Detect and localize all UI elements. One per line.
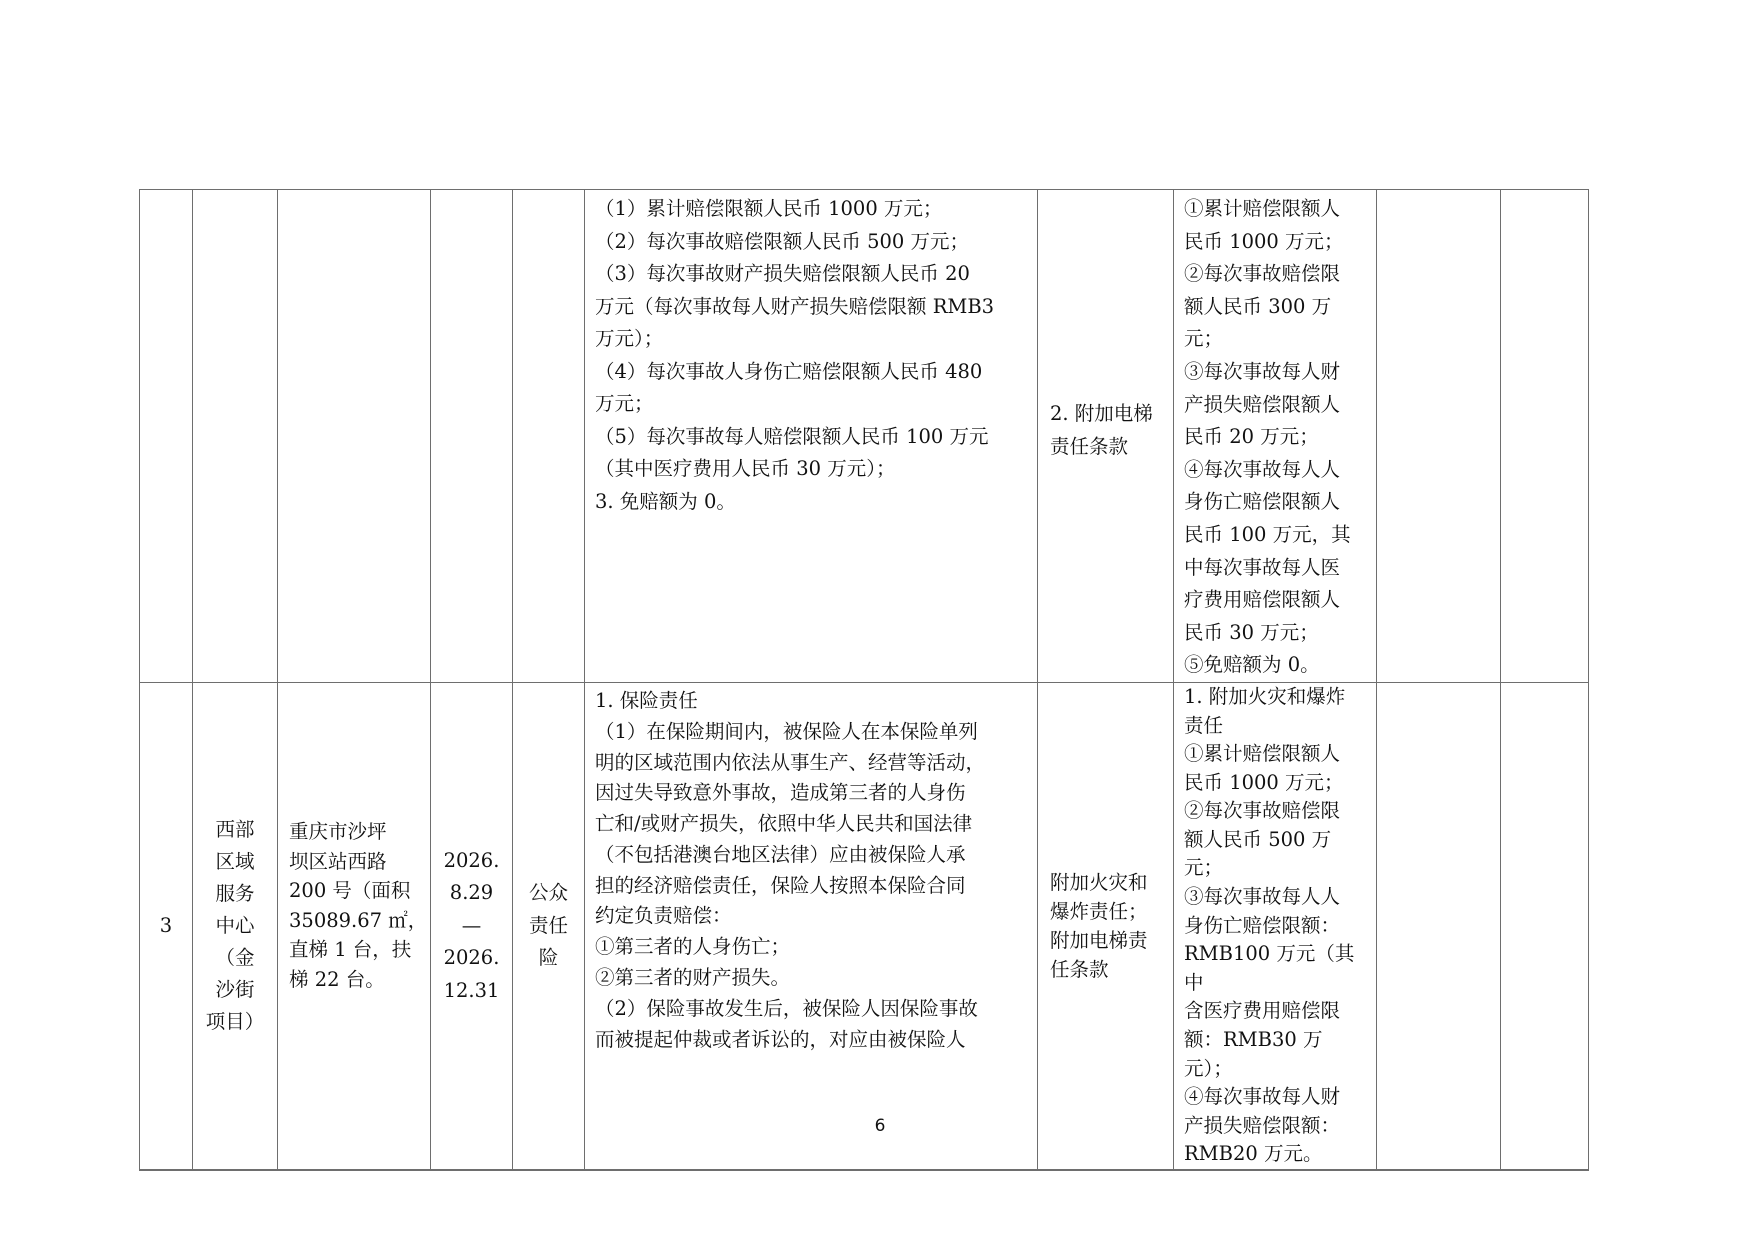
page-number: 6: [868, 1116, 892, 1136]
coverage-text: （1）累计赔偿限额人民币 1000 万元； （2）每次事故赔偿限额人民币 500…: [585, 190, 1037, 518]
project-address: 重庆市沙坪 坝区站西路 200 号（面积 35089.67 ㎡， 直梯 1 台，…: [278, 817, 430, 994]
cell-period: [431, 190, 513, 683]
cell-project: [193, 190, 278, 683]
cell-col11: [1501, 682, 1589, 1170]
cell-additional-limits: ①累计赔偿限额人 民币 1000 万元； ②每次事故赔偿限 额人民币 300 万…: [1174, 190, 1377, 683]
coverage-text: 1. 保险责任 （1）在保险期间内，被保险人在本保险单列 明的区域范围内依法从事…: [585, 683, 1037, 1056]
additional-clause: 附加火灾和 爆炸责任； 附加电梯责 任条款: [1038, 868, 1173, 984]
project-name: 西部 区域 服务 中心 （金 沙街 项目）: [193, 814, 277, 1038]
cell-coverage: （1）累计赔偿限额人民币 1000 万元； （2）每次事故赔偿限额人民币 500…: [585, 190, 1038, 683]
cell-address: [278, 190, 431, 683]
cell-no: 3: [140, 682, 193, 1170]
additional-limits: ①累计赔偿限额人 民币 1000 万元； ②每次事故赔偿限 额人民币 300 万…: [1174, 190, 1376, 682]
additional-limits: 1. 附加火灾和爆炸 责任 ①累计赔偿限额人 民币 1000 万元； ②每次事故…: [1174, 683, 1376, 1169]
cell-no: [140, 190, 193, 683]
cell-coverage: 1. 保险责任 （1）在保险期间内，被保险人在本保险单列 明的区域范围内依法从事…: [585, 682, 1038, 1170]
cell-type: 公众 责任 险: [513, 682, 585, 1170]
cell-project: 西部 区域 服务 中心 （金 沙街 项目）: [193, 682, 278, 1170]
row-number: 3: [140, 910, 192, 943]
cell-additional-limits: 1. 附加火灾和爆炸 责任 ①累计赔偿限额人 民币 1000 万元； ②每次事故…: [1174, 682, 1377, 1170]
insurance-table: （1）累计赔偿限额人民币 1000 万元； （2）每次事故赔偿限额人民币 500…: [139, 189, 1589, 1171]
cell-col10: [1377, 190, 1501, 683]
additional-clause: 2. 附加电梯 责任条款: [1038, 398, 1161, 463]
document-page: （1）累计赔偿限额人民币 1000 万元； （2）每次事故赔偿限额人民币 500…: [0, 0, 1754, 1241]
cell-period: 2026. 8.29 — 2026. 12.31: [431, 682, 513, 1170]
insurance-period: 2026. 8.29 — 2026. 12.31: [431, 845, 512, 1008]
cell-col11: [1501, 190, 1589, 683]
cell-type: [513, 190, 585, 683]
cell-additional: 2. 附加电梯 责任条款: [1038, 190, 1174, 683]
insurance-type: 公众 责任 险: [513, 877, 584, 975]
cell-address: 重庆市沙坪 坝区站西路 200 号（面积 35089.67 ㎡， 直梯 1 台，…: [278, 682, 431, 1170]
cell-col10: [1377, 682, 1501, 1170]
cell-additional: 附加火灾和 爆炸责任； 附加电梯责 任条款: [1038, 682, 1174, 1170]
table-row: 3 西部 区域 服务 中心 （金 沙街 项目） 重庆市沙坪 坝区站西路 200 …: [140, 682, 1589, 1170]
table-row: （1）累计赔偿限额人民币 1000 万元； （2）每次事故赔偿限额人民币 500…: [140, 190, 1589, 683]
